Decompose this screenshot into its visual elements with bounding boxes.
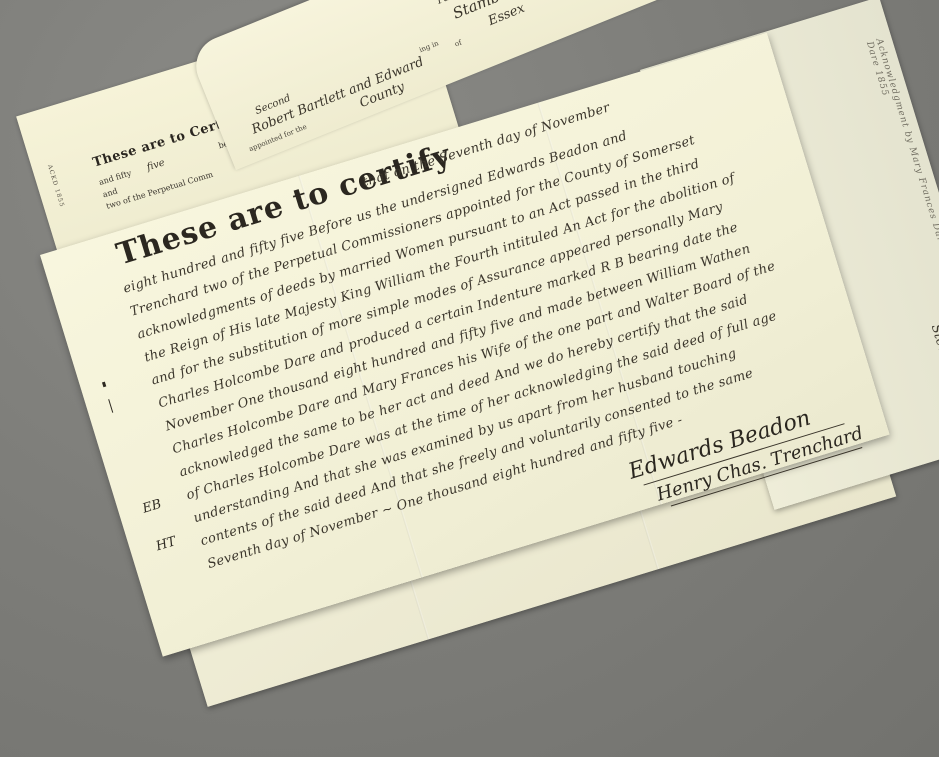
- ink-mark: [108, 399, 113, 413]
- registry-stamp: ACKD 1855: [46, 164, 66, 209]
- curl-line-b-print: ing in: [418, 39, 440, 54]
- endorsement-name: Stevenson: [928, 323, 939, 393]
- margin-initials-ht: HT: [154, 534, 178, 554]
- form-line-1-prefix: and fifty: [98, 169, 133, 187]
- form-line-1-value: five: [145, 157, 166, 173]
- ink-mark: [102, 382, 106, 388]
- curl-line-g-print: of: [454, 39, 463, 49]
- form-line-2: and: [102, 186, 119, 199]
- margin-initials-eb: EB: [141, 497, 164, 517]
